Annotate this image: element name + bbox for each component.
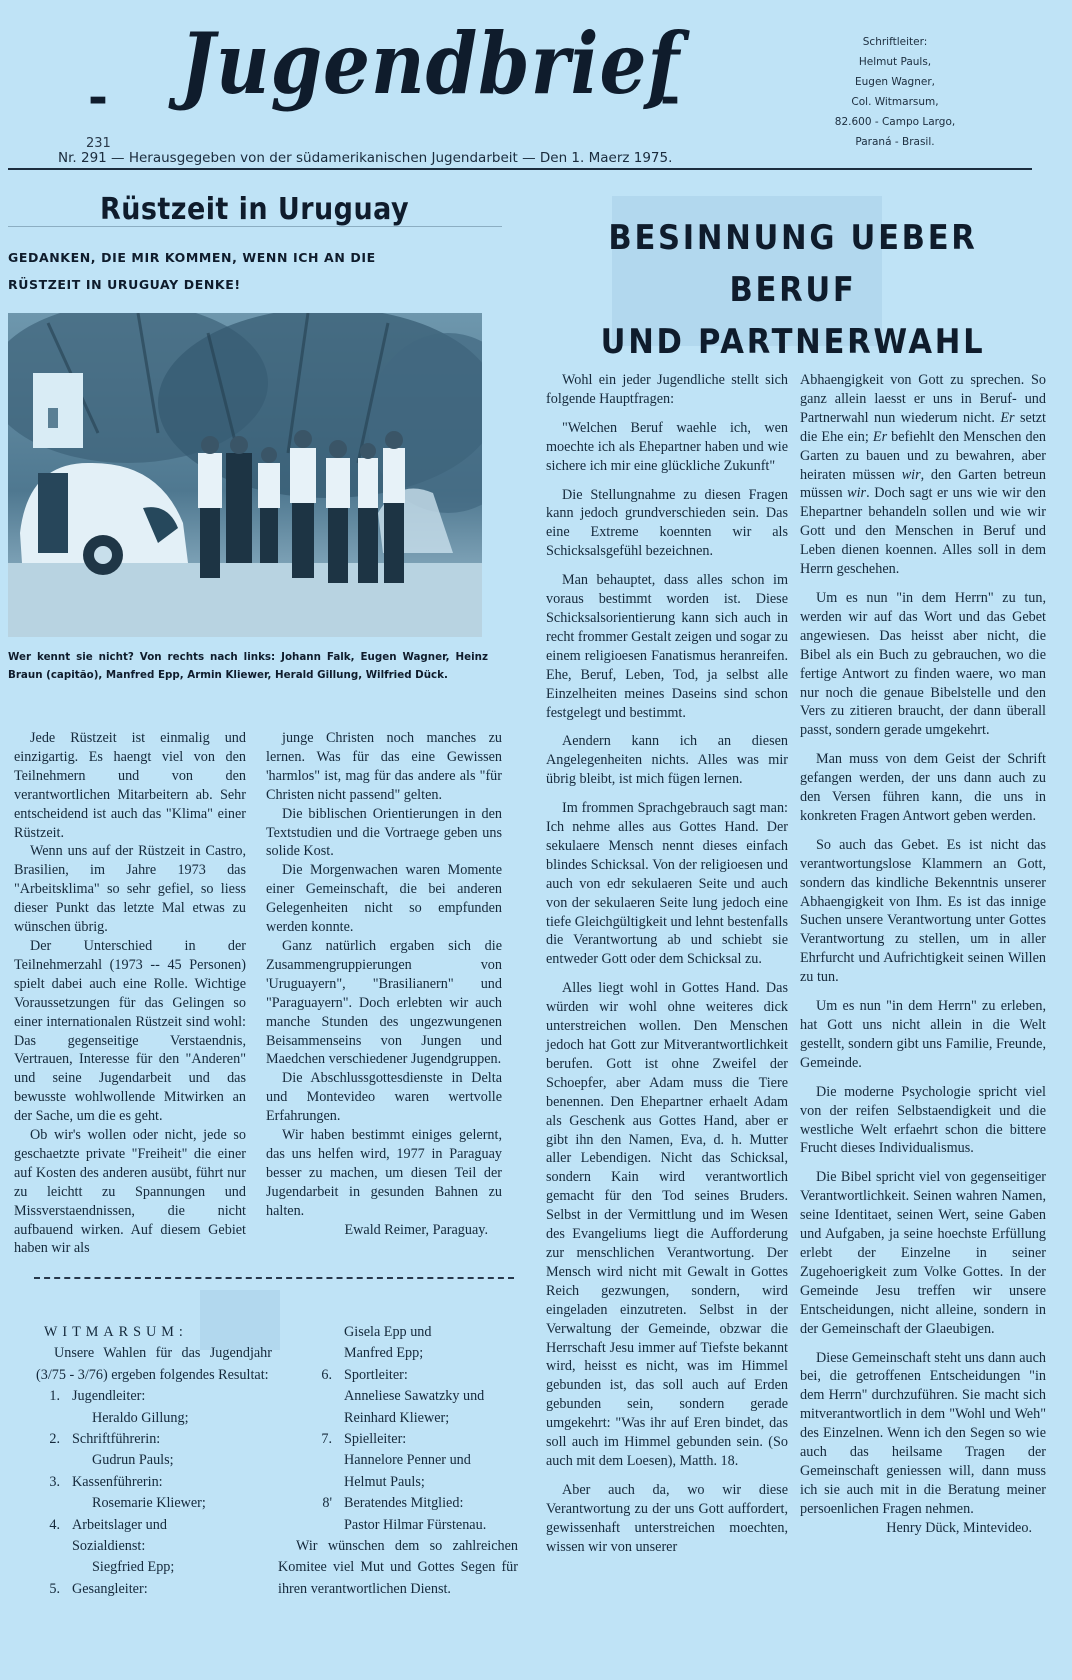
list-item: 2. Schriftführerin: xyxy=(36,1429,272,1450)
item-number: 8' xyxy=(278,1493,344,1514)
item-number: 7. xyxy=(278,1429,344,1450)
list-item: 6. Sportleiter: xyxy=(278,1365,518,1386)
item-name: Anneliese Sawatzky und xyxy=(278,1386,518,1407)
photo-caption: Wer kennt sie nicht? Von rechts nach lin… xyxy=(8,648,488,684)
item-number: 4. xyxy=(36,1515,72,1558)
paragraph: Wenn uns auf der Rüstzeit in Castro, Bra… xyxy=(14,842,246,937)
editor-line: Helmut Pauls, xyxy=(820,52,970,72)
item-role: Sportleiter: xyxy=(344,1365,408,1386)
editor-line: Eugen Wagner, xyxy=(820,72,970,92)
paragraph: Aendern kann ich an diesen Angelegenheit… xyxy=(546,732,788,789)
item-name: Reinhard Kliewer; xyxy=(278,1408,518,1429)
editor-line: Col. Witmarsum, xyxy=(820,92,970,112)
list-item: 7. Spielleiter: xyxy=(278,1429,518,1450)
masthead-dash-right: - xyxy=(660,70,680,126)
witmarsum-column-2: Gisela Epp und Manfred Epp; 6. Sportleit… xyxy=(278,1322,518,1600)
item-name: Rosemarie Kliewer; xyxy=(36,1493,272,1514)
dashed-divider xyxy=(34,1277,514,1279)
item-role: Kassenführerin: xyxy=(72,1472,163,1493)
title-line: BESINNUNG UEBER BERUF xyxy=(573,212,1014,316)
right-article-column-2: Abhaengigkeit von Gott zu sprechen. So g… xyxy=(800,371,1046,1538)
paragraph: Die Morgenwachen waren Momente einer Gem… xyxy=(266,861,502,937)
paragraph: Man muss von dem Geist der Schrift gefan… xyxy=(800,750,1046,826)
paragraph: Im frommen Sprachgebrauch sagt man: Ich … xyxy=(546,799,788,969)
paragraph: Die Bibel spricht viel von gegenseitiger… xyxy=(800,1168,1046,1338)
paragraph: Die Abschlussgottesdienste in Delta und … xyxy=(266,1069,502,1126)
paragraph: Der Unterschied in der Teilnehmerzahl (1… xyxy=(14,937,246,1126)
paragraph: Um es nun "in dem Herrn" zu erleben, hat… xyxy=(800,997,1046,1073)
signature: Ewald Reimer, Paraguay. xyxy=(266,1221,502,1240)
witmarsum-closing-wrap: Wir wünschen dem so zahlreichen Komitee … xyxy=(278,1536,518,1600)
paragraph: Abhaengigkeit von Gott zu sprechen. So g… xyxy=(800,371,1046,579)
paragraph: Um es nun "in dem Herrn" zu tun, werden … xyxy=(800,589,1046,740)
item-number: 3. xyxy=(36,1472,72,1493)
masthead-rule xyxy=(8,168,1032,170)
item-number: 1. xyxy=(36,1386,72,1407)
paragraph: Aber auch da, wo wir diese Verantwortung… xyxy=(546,1481,788,1557)
list-item: 5. Gesangleiter: xyxy=(36,1579,272,1600)
left-article-title: Rüstzeit in Uruguay xyxy=(100,192,409,227)
right-article-column-1: Wohl ein jeder Jugendliche stellt sich f… xyxy=(546,371,788,1556)
witmarsum-closing: Wir wünschen dem so zahlreichen Komitee … xyxy=(278,1536,518,1600)
emphasis: Er xyxy=(1000,410,1014,426)
divider xyxy=(8,226,502,227)
paragraph: Die Stellungnahme zu diesen Fragen kann … xyxy=(546,486,788,562)
title-line: UND PARTNERWAHL xyxy=(573,316,1014,368)
group-photo xyxy=(8,313,482,637)
masthead: - Jugendbrief - 231 Nr. 291 — Herausgege… xyxy=(0,0,1072,172)
item-number: 2. xyxy=(36,1429,72,1450)
witmarsum-intro: Unsere Wahlen für das Jugendjahr (3/75 -… xyxy=(36,1343,272,1386)
list-item: 1. Jugendleiter: xyxy=(36,1386,272,1407)
paragraph: Wir haben bestimmt einiges gelernt, das … xyxy=(266,1126,502,1221)
item-name: Gisela Epp und xyxy=(278,1322,518,1343)
editors-block: Schriftleiter: Helmut Pauls, Eugen Wagne… xyxy=(820,32,970,152)
item-name: Heraldo Gillung; xyxy=(36,1408,272,1429)
paragraph: Ganz natürlich ergaben sich die Zusammen… xyxy=(266,937,502,1069)
paragraph: "Welchen Beruf waehle ich, wen moechte i… xyxy=(546,419,788,476)
list-item: 4. Arbeitslager und Sozialdienst: xyxy=(36,1515,272,1558)
paragraph: Wohl ein jeder Jugendliche stellt sich f… xyxy=(546,371,788,409)
paragraph: Die moderne Psychologie spricht viel von… xyxy=(800,1083,1046,1159)
issue-line: Nr. 291 — Herausgegeben von der südameri… xyxy=(58,150,672,166)
item-name: Helmut Pauls; xyxy=(278,1472,518,1493)
left-article-column-1: Jede Rüstzeit ist einmalig und einzigart… xyxy=(14,729,246,1258)
newspaper-page: - Jugendbrief - 231 Nr. 291 — Herausgege… xyxy=(0,0,1072,1680)
emphasis: wir xyxy=(847,485,866,501)
list-item: 8' Beratendes Mitglied: xyxy=(278,1493,518,1514)
item-role: Spielleiter: xyxy=(344,1429,406,1450)
left-article-subtitle: GEDANKEN, DIE MIR KOMMEN, WENN ICH AN DI… xyxy=(8,244,428,298)
item-role: Jugendleiter: xyxy=(72,1386,145,1407)
masthead-dash-left: - xyxy=(88,70,108,126)
paragraph: Alles liegt wohl in Gottes Hand. Das wür… xyxy=(546,979,788,1471)
item-role: Beratendes Mitglied: xyxy=(344,1493,463,1514)
item-name: Manfred Epp; xyxy=(278,1343,518,1364)
right-article-title: BESINNUNG UEBER BERUF UND PARTNERWAHL xyxy=(573,212,1014,368)
item-role: Arbeitslager und Sozialdienst: xyxy=(72,1515,202,1558)
item-number: 5. xyxy=(36,1579,72,1600)
masthead-title: Jugendbrief xyxy=(180,14,680,113)
paragraph: Man behauptet, dass alles schon im vorau… xyxy=(546,571,788,722)
list-item: 3. Kassenführerin: xyxy=(36,1472,272,1493)
editor-line: Paraná - Brasil. xyxy=(820,132,970,152)
item-name: Hannelore Penner und xyxy=(278,1450,518,1471)
paragraph: junge Christen noch manches zu lernen. W… xyxy=(266,729,502,805)
item-name: Pastor Hilmar Fürstenau. xyxy=(278,1515,518,1536)
item-role: Gesangleiter: xyxy=(72,1579,148,1600)
paragraph: Jede Rüstzeit ist einmalig und einzigart… xyxy=(14,729,246,842)
handwritten-number: 231 xyxy=(86,136,111,151)
emphasis: Er xyxy=(873,429,887,445)
emphasis: wir xyxy=(902,467,921,483)
editors-label: Schriftleiter: xyxy=(820,32,970,52)
item-name: Gudrun Pauls; xyxy=(36,1450,272,1471)
witmarsum-intro-wrap: Unsere Wahlen für das Jugendjahr (3/75 -… xyxy=(36,1343,272,1386)
paragraph: Die biblischen Orientierungen in den Tex… xyxy=(266,805,502,862)
photo-illustration xyxy=(8,313,482,637)
paragraph: Ob wir's wollen oder nicht, jede so gesc… xyxy=(14,1126,246,1258)
editor-line: 82.600 - Campo Largo, xyxy=(820,112,970,132)
left-article-column-2: junge Christen noch manches zu lernen. W… xyxy=(266,729,502,1239)
witmarsum-column-1: WITMARSUM: Unsere Wahlen für das Jugendj… xyxy=(36,1322,272,1600)
item-name: Siegfried Epp; xyxy=(36,1557,272,1578)
item-number: 6. xyxy=(278,1365,344,1386)
signature: Henry Dück, Mintevideo. xyxy=(800,1519,1046,1538)
paragraph: Diese Gemeinschaft steht uns dann auch b… xyxy=(800,1349,1046,1519)
witmarsum-heading: WITMARSUM: xyxy=(36,1322,272,1343)
paragraph: So auch das Gebet. Es ist nicht das vera… xyxy=(800,836,1046,987)
item-role: Schriftführerin: xyxy=(72,1429,160,1450)
